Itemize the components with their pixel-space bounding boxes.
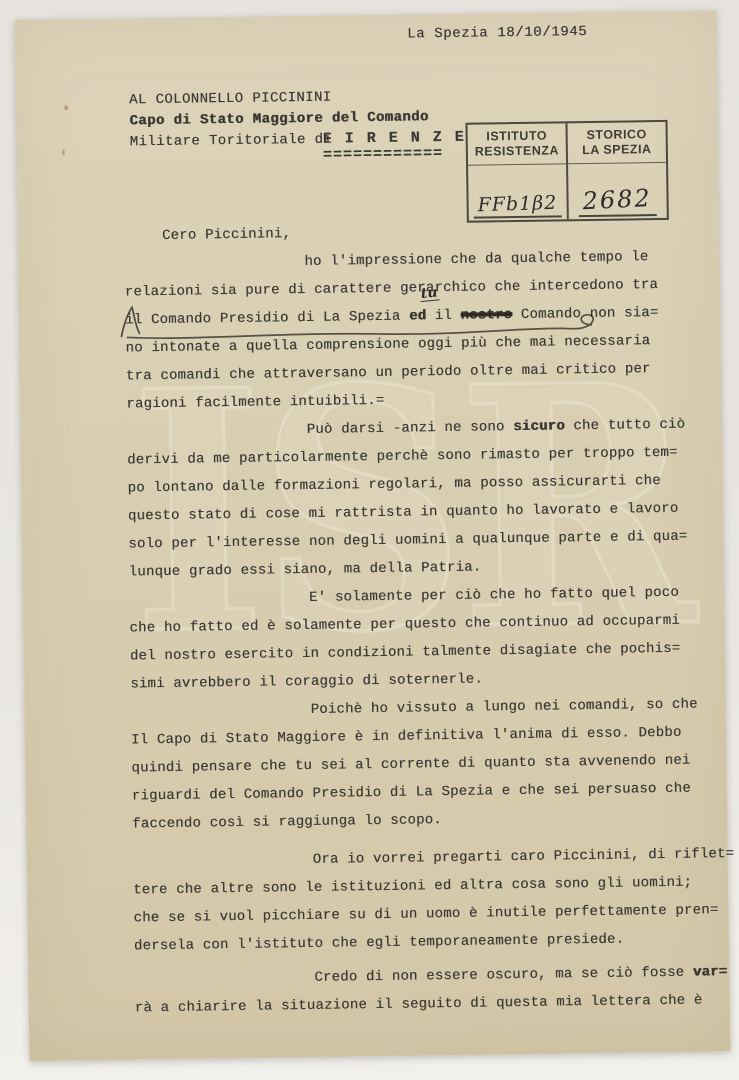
text-segment: po lontano dalle formazioni regolari, ma… xyxy=(127,473,660,496)
text-segment: Cero Piccinini, xyxy=(162,226,291,244)
text-segment: Il Capo di Stato Maggiore è in definitiv… xyxy=(131,725,682,749)
text-segment: relazioni sia pure di carattere gerarchi… xyxy=(125,277,658,300)
archive-stamp: ISTITUTO RESISTENZA FFb1β2 STORICO LA SP… xyxy=(465,120,668,223)
text-segment: tra comandi che attraversano un periodo … xyxy=(126,361,651,384)
stamp-right-code-row: 2682 xyxy=(568,163,667,219)
letter-page: ISR La Spezia 18/10/1945 AL COLONNELLO P… xyxy=(15,10,730,1061)
text-segment: che tutto ciò xyxy=(565,417,686,435)
text-segment: riguardi del Comando Presidio di La Spez… xyxy=(132,781,691,805)
text-segment: no intonate a quella comprensione oggi p… xyxy=(125,333,650,356)
stamp-right-header: STORICO LA SPEZIA xyxy=(567,122,666,164)
recipient-city-block: F I R E N Z E ============ xyxy=(323,130,466,163)
text-segment: dersela con l'istituto che egli temporan… xyxy=(134,932,624,955)
text-segment: Può darsi -anzi ne sono xyxy=(307,419,514,438)
text-segment: faccendo così si raggiunga lo scopo. xyxy=(132,812,442,832)
text-segment: quindi pensare che tu sei al corrente di… xyxy=(131,753,690,777)
text-segment: il Comando Presidio di La Spezia xyxy=(125,309,409,329)
paper-stain xyxy=(62,149,65,155)
stamp-left-title-2: RESISTENZA xyxy=(468,143,566,159)
text-segment: var= xyxy=(693,964,728,980)
text-segment: ho l'impressione che da qualche tempo le xyxy=(304,249,648,270)
struck-out-word: nostro xyxy=(461,307,513,324)
text-segment: E' solamente per ciò che ho fatto quel p… xyxy=(309,585,679,606)
text-segment: tere che altre sono le istituzioni ed al… xyxy=(133,875,692,899)
text-segment: sicuro xyxy=(513,418,565,435)
stamp-right-cell: STORICO LA SPEZIA 2682 xyxy=(565,122,666,219)
text-segment: ragioni facilmente intuibili.= xyxy=(126,393,384,413)
text-segment: rà a chiarire la situazione il seguito d… xyxy=(135,992,703,1016)
text-segment: che se si vuol picchiare su di un uomo è… xyxy=(133,902,718,926)
text-segment: derivi da me particolarmente perchè sono… xyxy=(127,445,678,469)
recipient-city: F I R E N Z E xyxy=(323,130,466,147)
text-segment: questo stato di cose mi rattrista in qua… xyxy=(128,501,679,525)
text-segment: ed xyxy=(409,308,426,324)
stamp-left-code-line: FFb1β2 xyxy=(474,192,562,218)
stamp-right-code-line: 2682 xyxy=(579,185,657,217)
city-underline: ============ xyxy=(323,146,466,163)
handwritten-inventory-number: 2682 xyxy=(582,184,652,215)
handwritten-correction: tu xyxy=(419,285,439,302)
stamp-left-title-1: ISTITUTO xyxy=(468,128,566,144)
scan-background: ISR La Spezia 18/10/1945 AL COLONNELLO P… xyxy=(0,0,739,1080)
text-segment: Comando non sia= xyxy=(512,305,658,323)
paper-stain xyxy=(64,105,68,110)
text-segment: Credo di non essere oscuro, ma se ciò fo… xyxy=(314,965,693,986)
stamp-left-header: ISTITUTO RESISTENZA xyxy=(468,123,567,165)
text-segment: il xyxy=(426,308,461,324)
body-lines: Cero Piccinini,ho l'impressione che da q… xyxy=(124,214,735,1022)
text-segment: solo per l'interesse non degli uomini a … xyxy=(128,529,687,553)
handwritten-archive-code: FFb1β2 xyxy=(477,192,557,216)
text-segment: simi avrebbero il coraggio di soternerle… xyxy=(130,672,483,693)
text-segment: che ho fatto ed è solamente per questo c… xyxy=(129,613,680,637)
text-segment: del nostro esercito in condizioni talmen… xyxy=(130,641,681,665)
recipient-title-line1: Capo di Stato Maggiore del Comando xyxy=(129,107,429,132)
date-line: La Spezia 18/10/1945 xyxy=(407,24,587,43)
text-segment: Poichè ho vissuto a lungo nei comandi, s… xyxy=(311,697,698,718)
text-segment: Ora io vorrei pregarti caro Piccinini, d… xyxy=(313,846,735,868)
stamp-right-title-2: LA SPEZIA xyxy=(568,142,666,158)
stamp-left-cell: ISTITUTO RESISTENZA FFb1β2 xyxy=(468,123,567,220)
text-segment: lunque grado essi siano, ma della Patria… xyxy=(129,560,482,581)
stamp-left-code-row: FFb1β2 xyxy=(468,164,567,220)
stamp-right-title-1: STORICO xyxy=(568,127,666,143)
